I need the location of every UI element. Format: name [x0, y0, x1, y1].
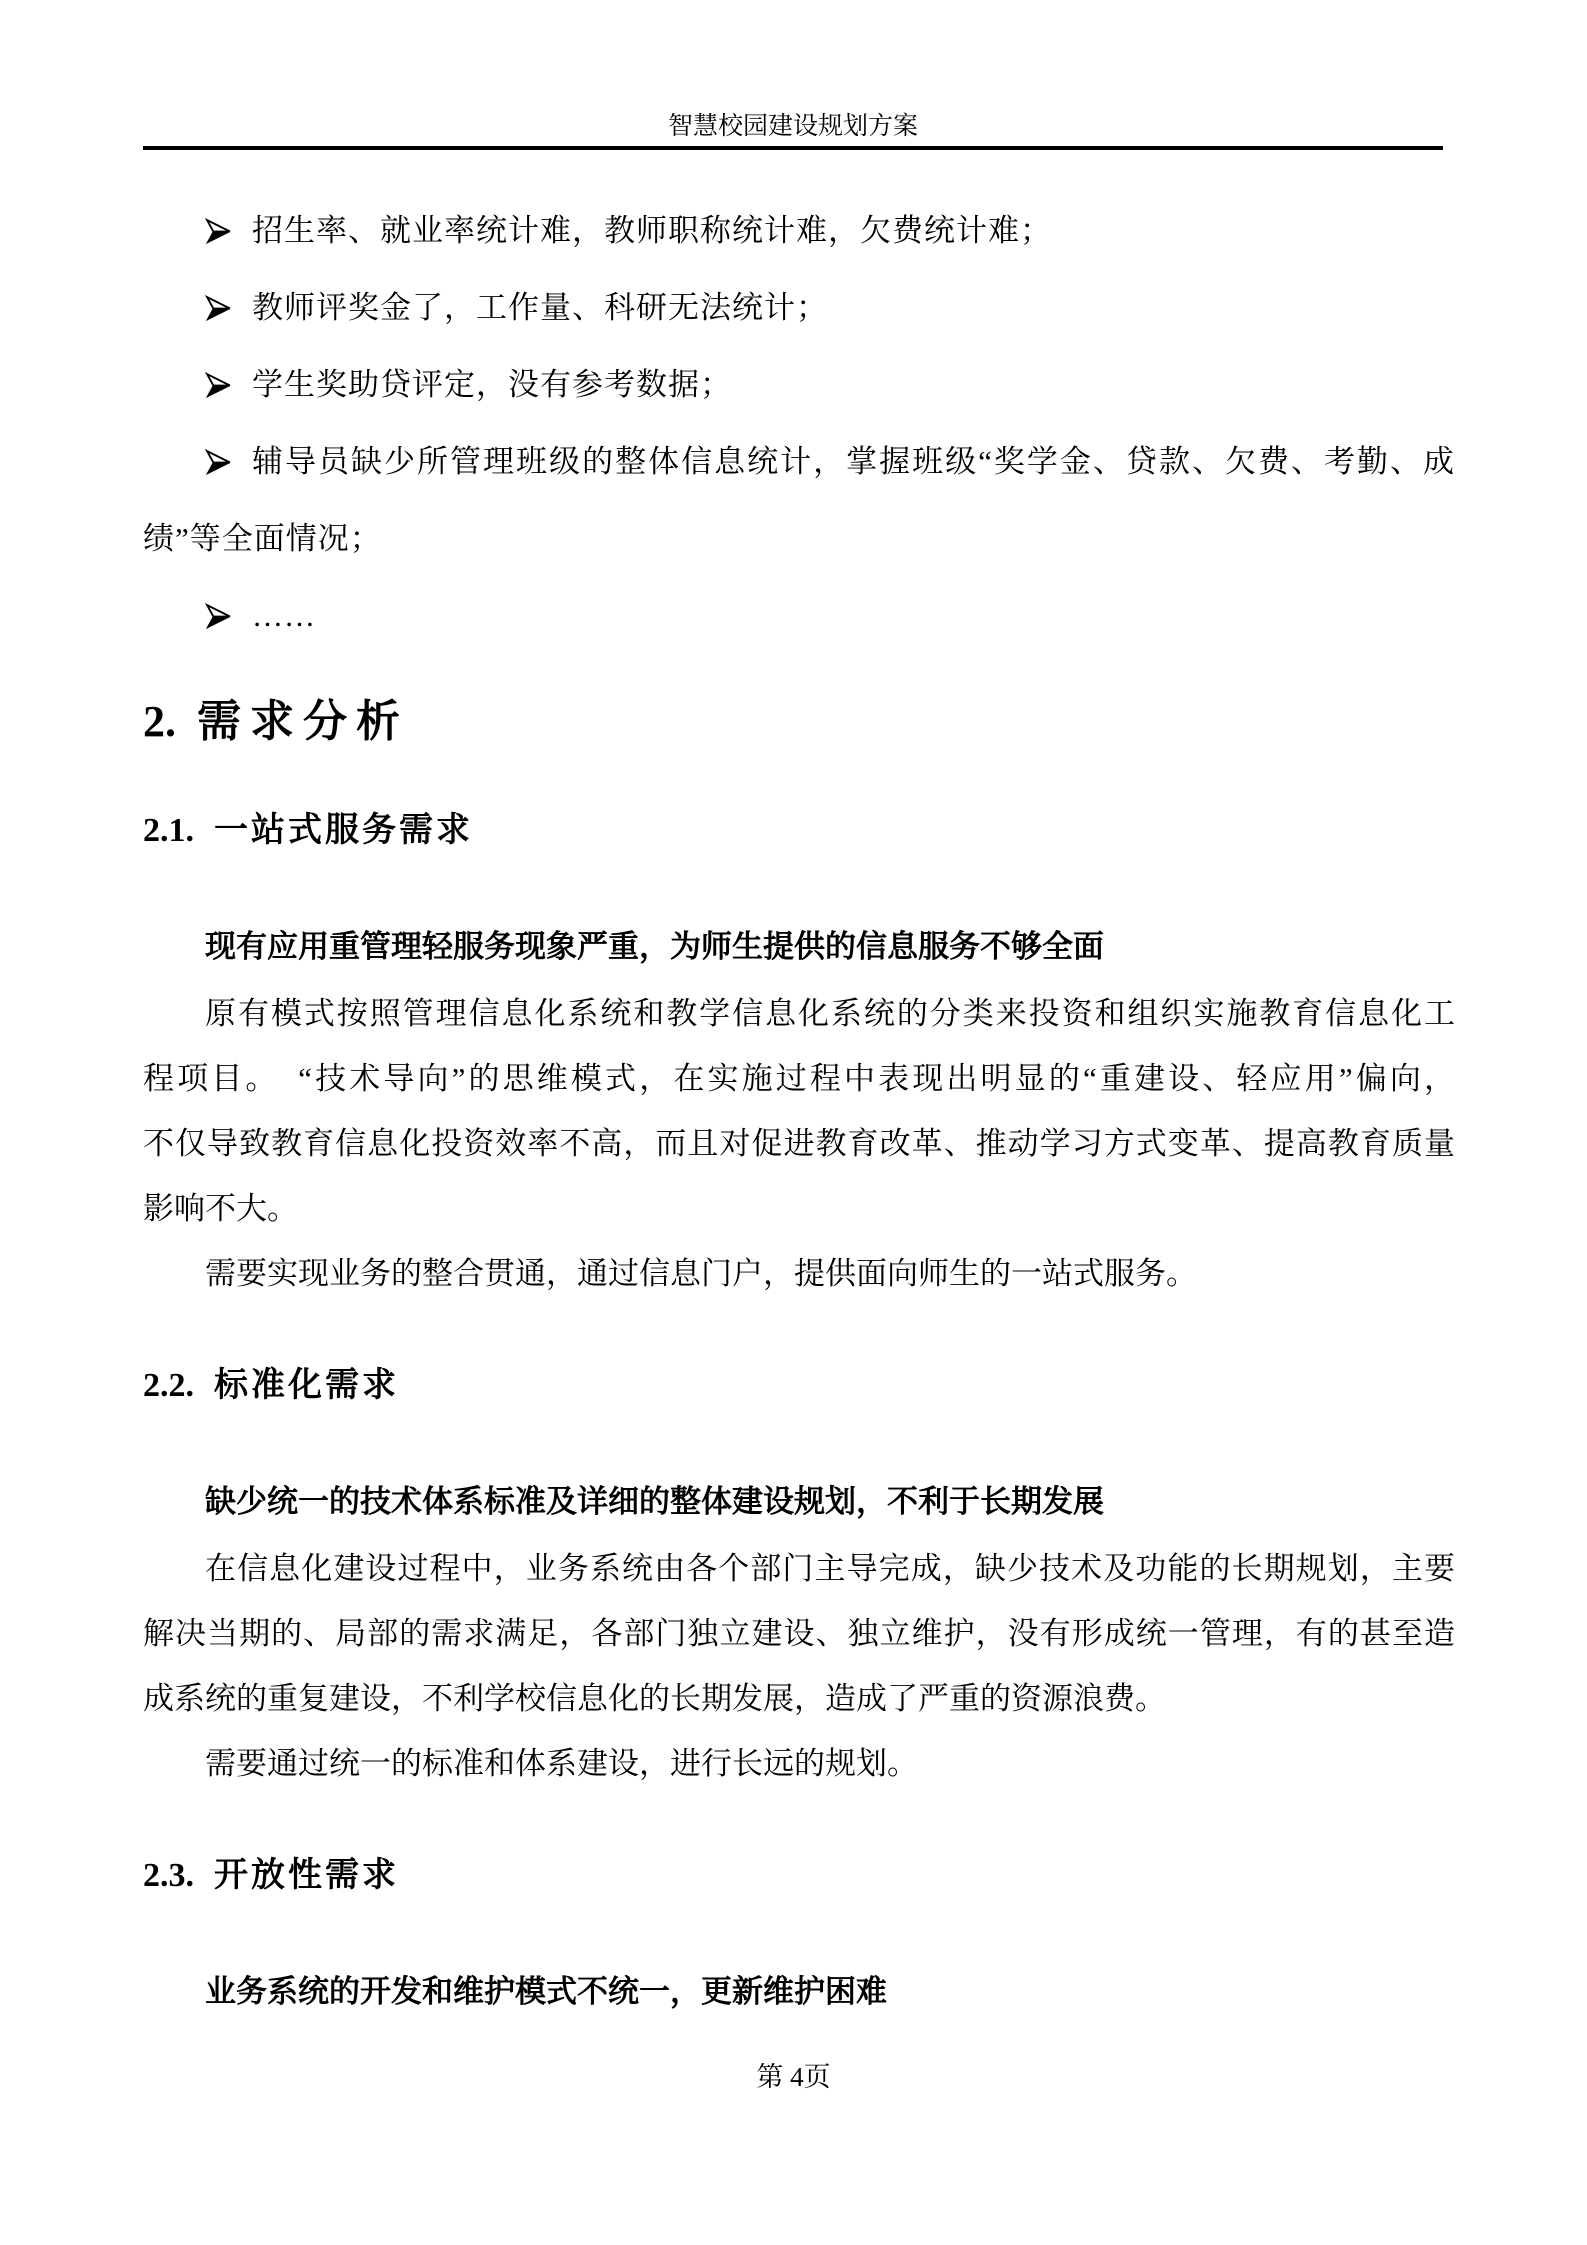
- lead-paragraph: 现有应用重管理轻服务现象严重，为师生提供的信息服务不够全面: [143, 925, 1455, 969]
- bullet-list: 招生率、就业率统计难，教师职称统计难，欠费统计难；教师评奖金了，工作量、科研无法…: [143, 192, 1455, 654]
- body-paragraph: 在信息化建设过程中，业务系统由各个部门主导完成，缺少技术及功能的长期规划，主要解…: [143, 1536, 1455, 1731]
- page-number: 第 4页: [756, 2062, 830, 2092]
- heading-title: 需求分析: [197, 697, 409, 746]
- bullet-text-line: 学生奖助贷评定，没有参考数据；: [143, 346, 1455, 423]
- arrow-bullet-icon: [205, 448, 232, 475]
- heading-number: 2.: [143, 697, 176, 746]
- body-paragraph: 需要通过统一的标准和体系建设，进行长远的规划。: [143, 1731, 1455, 1796]
- heading-number: 2.3.: [143, 1857, 194, 1894]
- page-header-title: 智慧校园建设规划方案: [668, 113, 918, 140]
- section-heading-2: 2.需求分析: [143, 693, 1455, 751]
- heading-title: 标准化需求: [214, 1367, 399, 1404]
- page-footer: 第 4页: [0, 2062, 1587, 2093]
- heading-title: 一站式服务需求: [214, 812, 473, 849]
- bullet-text-line: ……: [143, 577, 1455, 654]
- bullet-item: 招生率、就业率统计难，教师职称统计难，欠费统计难；: [143, 192, 1455, 269]
- body-paragraph: 需要实现业务的整合贯通，通过信息门户，提供面向师生的一站式服务。: [143, 1241, 1455, 1306]
- section-heading-2-2: 2.2.标准化需求: [143, 1362, 1455, 1410]
- bullet-item: 辅导员缺少所管理班级的整体信息统计，掌握班级“奖学金、贷款、欠费、考勤、成绩”等…: [143, 423, 1455, 577]
- bullet-item: 学生奖助贷评定，没有参考数据；: [143, 346, 1455, 423]
- arrow-bullet-icon: [205, 602, 232, 629]
- lead-paragraph: 业务系统的开发和维护模式不统一，更新维护困难: [143, 1970, 1455, 2014]
- paragraph-line: 解决当期的、局部的需求满足，各部门独立建设、独立维护，没有形成统一管理，有的甚至…: [143, 1601, 1455, 1666]
- section-heading-2-1: 2.1.一站式服务需求: [143, 807, 1455, 855]
- page-header: 智慧校园建设规划方案: [143, 0, 1443, 150]
- bullet-item: ……: [143, 577, 1455, 654]
- bullet-item: 教师评奖金了，工作量、科研无法统计；: [143, 269, 1455, 346]
- heading-title: 开放性需求: [214, 1857, 399, 1894]
- bullet-text-line: 招生率、就业率统计难，教师职称统计难，欠费统计难；: [143, 192, 1455, 269]
- bullet-text-line: 辅导员缺少所管理班级的整体信息统计，掌握班级“奖学金、贷款、欠费、考勤、成: [143, 423, 1455, 500]
- arrow-bullet-icon: [205, 294, 232, 321]
- section-heading-2-3: 2.3.开放性需求: [143, 1852, 1455, 1900]
- paragraph-line: 不仅导致教育信息化投资效率不高，而且对促进教育改革、推动学习方式变革、提高教育质…: [143, 1111, 1455, 1176]
- paragraph-line: 程项目。 “技术导向”的思维模式，在实施过程中表现出明显的“重建设、轻应用”偏向…: [143, 1046, 1455, 1111]
- document-body: 招生率、就业率统计难，教师职称统计难，欠费统计难；教师评奖金了，工作量、科研无法…: [143, 148, 1455, 2014]
- heading-number: 2.1.: [143, 812, 194, 849]
- heading-number: 2.2.: [143, 1367, 194, 1404]
- bullet-text-line: 绩”等全面情况；: [143, 500, 1455, 577]
- paragraph-line: 需要通过统一的标准和体系建设，进行长远的规划。: [143, 1731, 1455, 1796]
- paragraph-line: 在信息化建设过程中，业务系统由各个部门主导完成，缺少技术及功能的长期规划，主要: [143, 1536, 1455, 1601]
- arrow-bullet-icon: [205, 217, 232, 244]
- paragraph-line: 影响不大。: [143, 1176, 1455, 1241]
- paragraph-line: 原有模式按照管理信息化系统和教学信息化系统的分类来投资和组织实施教育信息化工: [143, 981, 1455, 1046]
- arrow-bullet-icon: [205, 371, 232, 398]
- body-paragraph: 原有模式按照管理信息化系统和教学信息化系统的分类来投资和组织实施教育信息化工程项…: [143, 981, 1455, 1241]
- bullet-text-line: 教师评奖金了，工作量、科研无法统计；: [143, 269, 1455, 346]
- paragraph-line: 需要实现业务的整合贯通，通过信息门户，提供面向师生的一站式服务。: [143, 1241, 1455, 1306]
- lead-paragraph: 缺少统一的技术体系标准及详细的整体建设规划，不利于长期发展: [143, 1480, 1455, 1524]
- paragraph-line: 成系统的重复建设，不利学校信息化的长期发展，造成了严重的资源浪费。: [143, 1666, 1455, 1731]
